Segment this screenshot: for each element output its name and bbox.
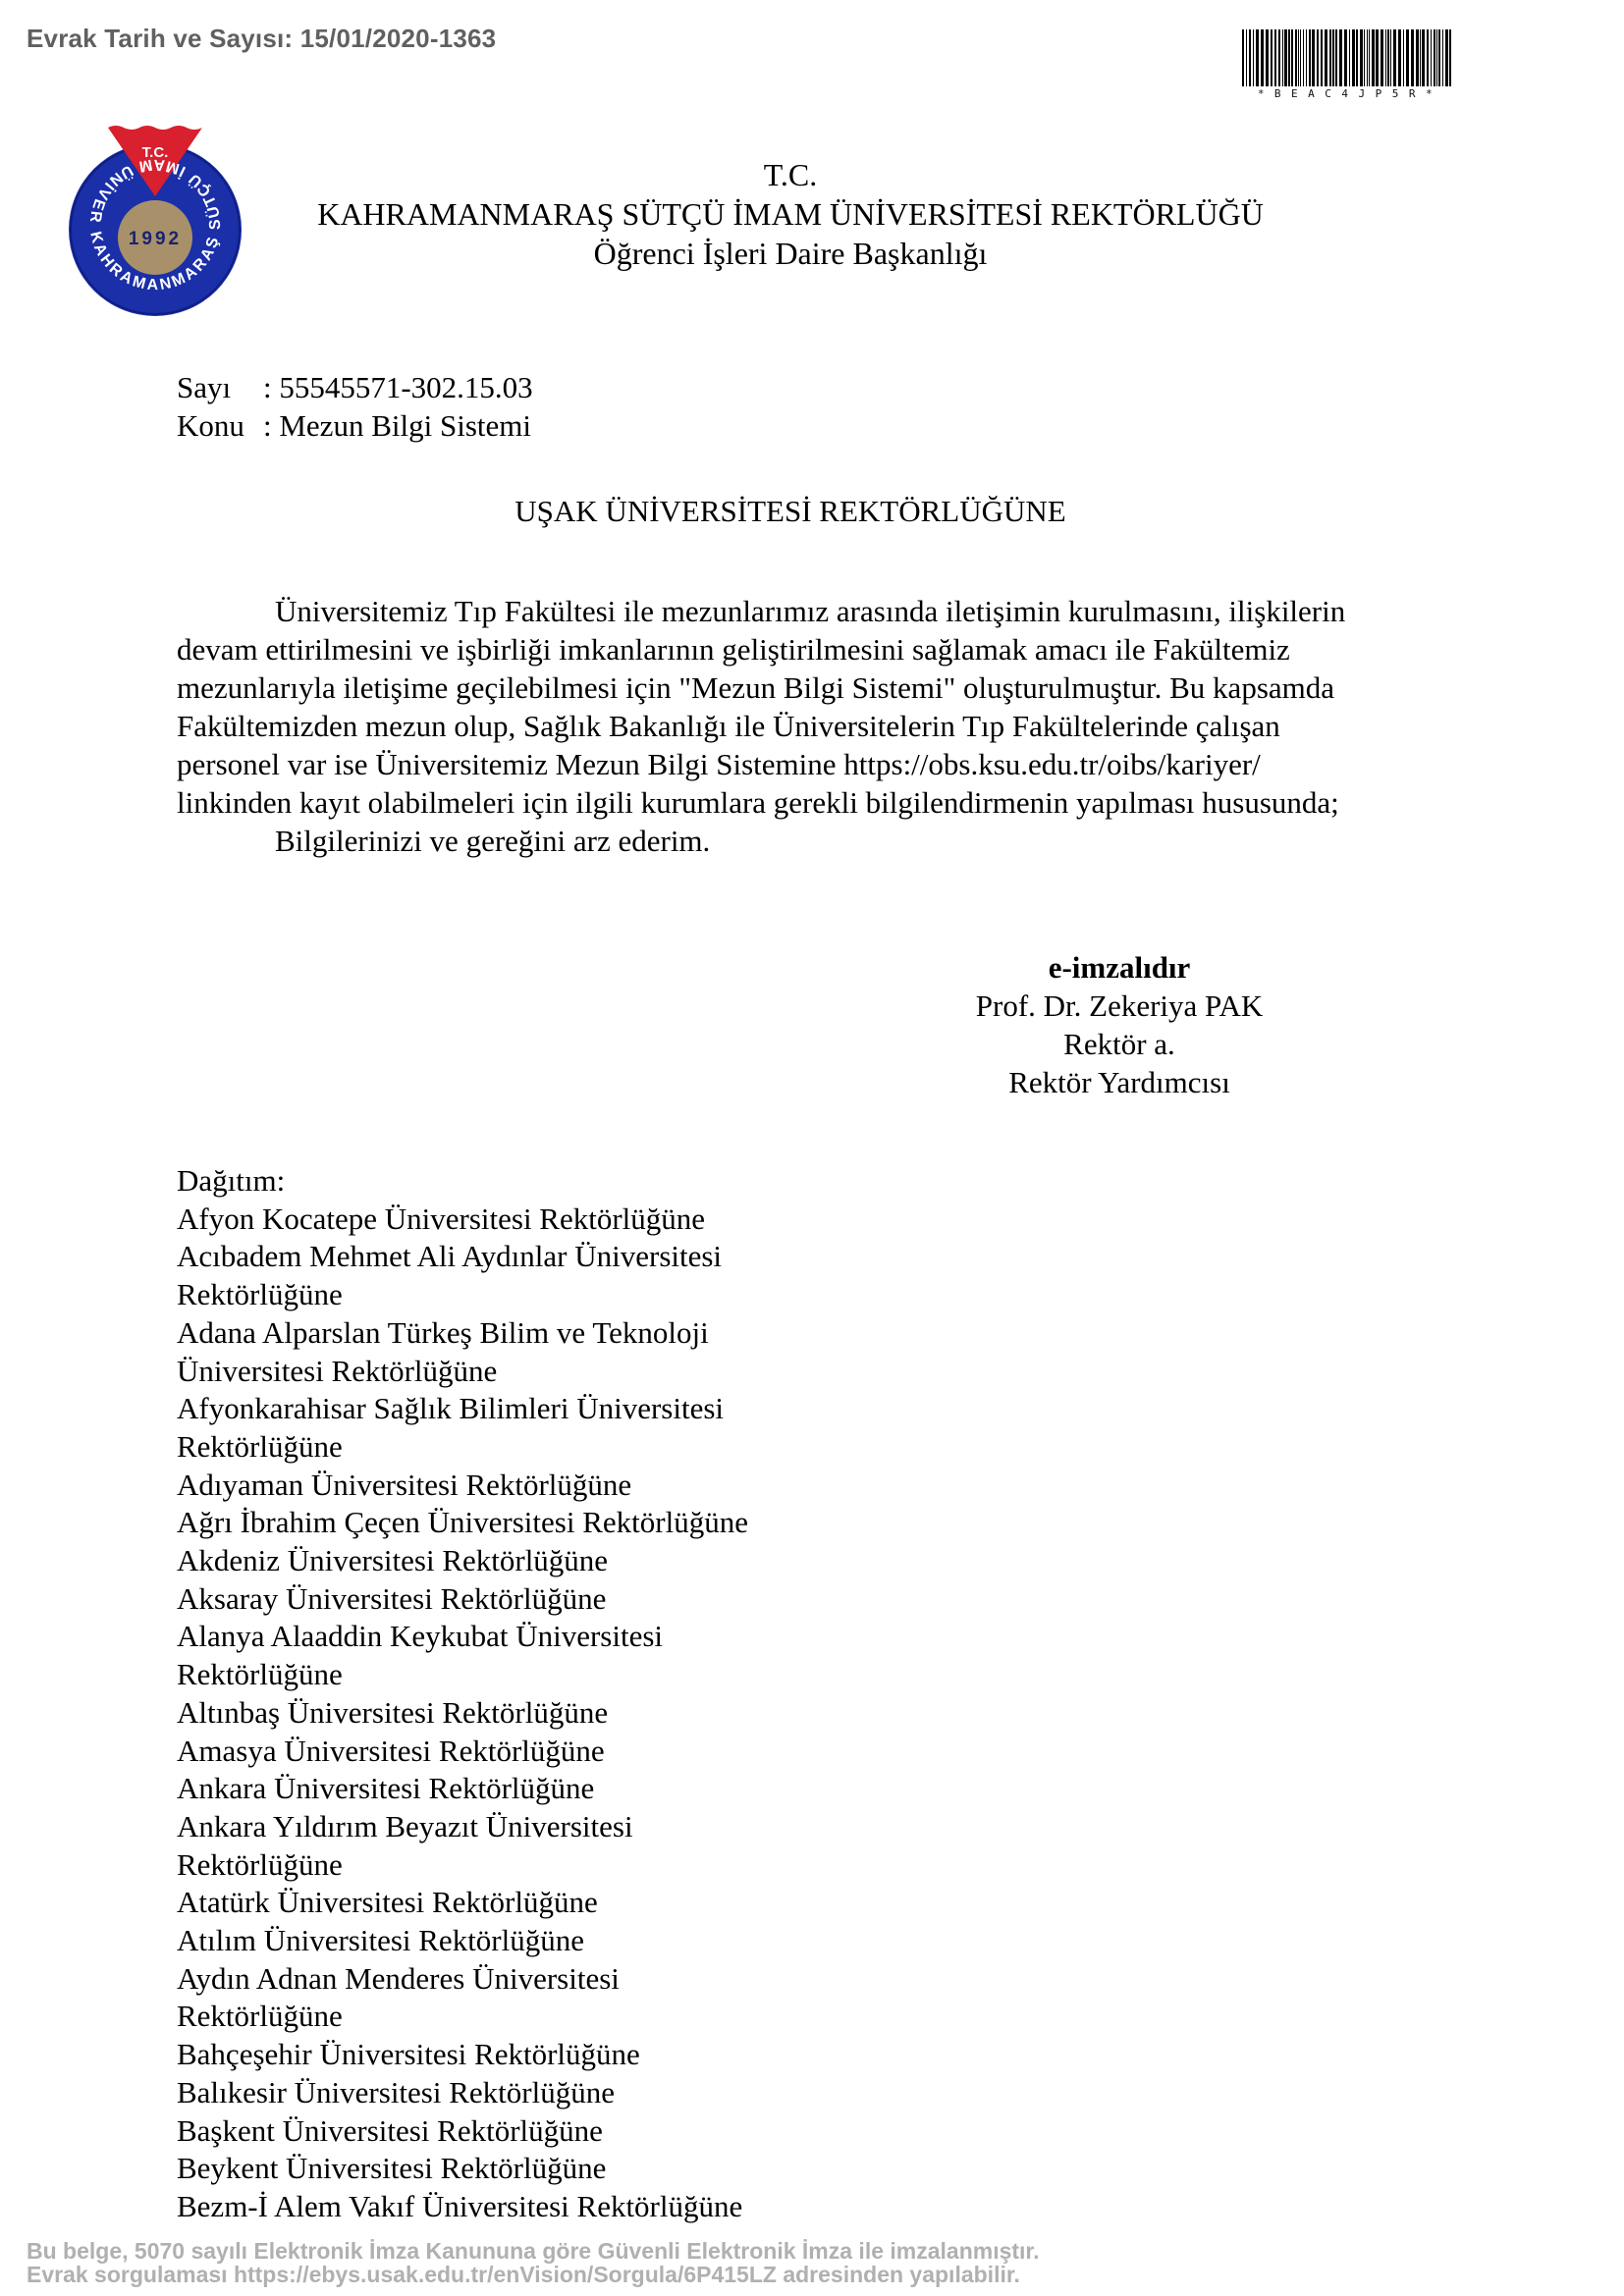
distribution-item: Balıkesir Üniversitesi Rektörlüğüne — [177, 2074, 748, 2112]
meta-number-value: : 55545571-302.15.03 — [263, 368, 533, 406]
letterhead: T.C. KAHRAMANMARAŞ SÜTÇÜ İMAM ÜNİVERSİTE… — [265, 155, 1316, 273]
body-line: mezunlarıyla iletişime geçilebilmesi içi… — [177, 668, 1438, 707]
distribution-item: Aydın Adnan Menderes Üniversitesi — [177, 1960, 748, 1999]
letter-body: Üniversitemiz Tıp Fakültesi ile mezunlar… — [177, 592, 1438, 860]
letterhead-institution: KAHRAMANMARAŞ SÜTÇÜ İMAM ÜNİVERSİTESİ RE… — [265, 194, 1316, 234]
distribution-item: Ankara Yıldırım Beyazıt Üniversitesi — [177, 1808, 748, 1846]
barcode: *BEAC4JP5R* — [1242, 29, 1458, 98]
distribution-label: Dağıtım: — [177, 1162, 748, 1201]
distribution-item: Adıyaman Üniversitesi Rektörlüğüne — [177, 1467, 748, 1505]
distribution-item: Rektörlüğüne — [177, 1998, 748, 2036]
body-line: devam ettirilmesini ve işbirliği imkanla… — [177, 630, 1438, 668]
distribution-item: Adana Alparslan Türkeş Bilim ve Teknoloj… — [177, 1314, 748, 1353]
distribution-item: Afyonkarahisar Sağlık Bilimleri Üniversi… — [177, 1390, 748, 1428]
document-meta: Sayı : 55545571-302.15.03 Konu : Mezun B… — [177, 368, 533, 445]
distribution-item: Alanya Alaaddin Keykubat Üniversitesi — [177, 1618, 748, 1656]
meta-subject-row: Konu : Mezun Bilgi Sistemi — [177, 406, 533, 445]
distribution-item: Akdeniz Üniversitesi Rektörlüğüne — [177, 1542, 748, 1580]
meta-number-row: Sayı : 55545571-302.15.03 — [177, 368, 533, 406]
distribution-item: Bezm-İ Alem Vakıf Üniversitesi Rektörlüğ… — [177, 2188, 748, 2226]
distribution-item: Rektörlüğüne — [177, 1656, 748, 1694]
distribution-item: Üniversitesi Rektörlüğüne — [177, 1353, 748, 1391]
distribution-items: Afyon Kocatepe Üniversitesi Rektörlüğüne… — [177, 1201, 748, 2226]
distribution-item: Başkent Üniversitesi Rektörlüğüne — [177, 2112, 748, 2151]
distribution-item: Rektörlüğüne — [177, 1846, 748, 1885]
addressee: UŞAK ÜNİVERSİTESİ REKTÖRLÜĞÜNE — [265, 494, 1316, 529]
distribution-list: Dağıtım: Afyon Kocatepe Üniversitesi Rek… — [177, 1162, 748, 2226]
letterhead-country: T.C. — [265, 155, 1316, 194]
distribution-item: Acıbadem Mehmet Ali Aydınlar Üniversites… — [177, 1238, 748, 1276]
distribution-item: Bahçeşehir Üniversitesi Rektörlüğüne — [177, 2036, 748, 2074]
distribution-item: Rektörlüğüne — [177, 1276, 748, 1314]
signature-status: e-imzalıdır — [923, 948, 1316, 987]
distribution-item: Beykent Üniversitesi Rektörlüğüne — [177, 2150, 748, 2188]
signatory-title-2: Rektör Yardımcısı — [923, 1063, 1316, 1101]
meta-subject-label: Konu — [177, 406, 263, 445]
body-line: Üniversitemiz Tıp Fakültesi ile mezunlar… — [177, 592, 1438, 630]
university-seal-icon: T.C. 1992 KAHRAMANMARAŞ SÜTÇÜ İMAM ÜNİVE… — [67, 122, 244, 326]
footer-verification-link: Evrak sorgulaması https://ebys.usak.edu.… — [27, 2263, 1040, 2286]
footer-legal-notice: Bu belge, 5070 sayılı Elektronik İmza Ka… — [27, 2239, 1040, 2263]
body-line: Fakültemizden mezun olup, Sağlık Bakanlı… — [177, 707, 1438, 745]
signatory-title-1: Rektör a. — [923, 1025, 1316, 1063]
body-line: personel var ise Üniversitemiz Mezun Bil… — [177, 745, 1438, 783]
svg-text:1992: 1992 — [129, 229, 182, 249]
signature-block: e-imzalıdır Prof. Dr. Zekeriya PAK Rektö… — [923, 948, 1316, 1101]
distribution-item: Afyon Kocatepe Üniversitesi Rektörlüğüne — [177, 1201, 748, 1239]
distribution-item: Ağrı İbrahim Çeçen Üniversitesi Rektörlü… — [177, 1504, 748, 1542]
university-logo: T.C. 1992 KAHRAMANMARAŞ SÜTÇÜ İMAM ÜNİVE… — [67, 122, 244, 326]
distribution-item: Amasya Üniversitesi Rektörlüğüne — [177, 1733, 748, 1771]
meta-number-label: Sayı — [177, 368, 263, 406]
distribution-item: Aksaray Üniversitesi Rektörlüğüne — [177, 1580, 748, 1619]
barcode-text: *BEAC4JP5R* — [1242, 87, 1458, 100]
body-line: linkinden kayıt olabilmeleri için ilgili… — [177, 783, 1438, 822]
document-date-number-stamp: Evrak Tarih ve Sayısı: 15/01/2020-1363 — [27, 24, 496, 54]
distribution-item: Atatürk Üniversitesi Rektörlüğüne — [177, 1884, 748, 1922]
e-signature-footer: Bu belge, 5070 sayılı Elektronik İmza Ka… — [27, 2239, 1040, 2286]
letterhead-department: Öğrenci İşleri Daire Başkanlığı — [265, 234, 1316, 273]
distribution-item: Atılım Üniversitesi Rektörlüğüne — [177, 1922, 748, 1960]
signatory-name: Prof. Dr. Zekeriya PAK — [923, 987, 1316, 1025]
distribution-item: Ankara Üniversitesi Rektörlüğüne — [177, 1770, 748, 1808]
distribution-item: Rektörlüğüne — [177, 1428, 748, 1467]
distribution-item: Altınbaş Üniversitesi Rektörlüğüne — [177, 1694, 748, 1733]
meta-subject-value: : Mezun Bilgi Sistemi — [263, 406, 531, 445]
barcode-bars-icon — [1242, 29, 1458, 86]
closing-line: Bilgilerinizi ve gereğini arz ederim. — [177, 822, 1438, 860]
